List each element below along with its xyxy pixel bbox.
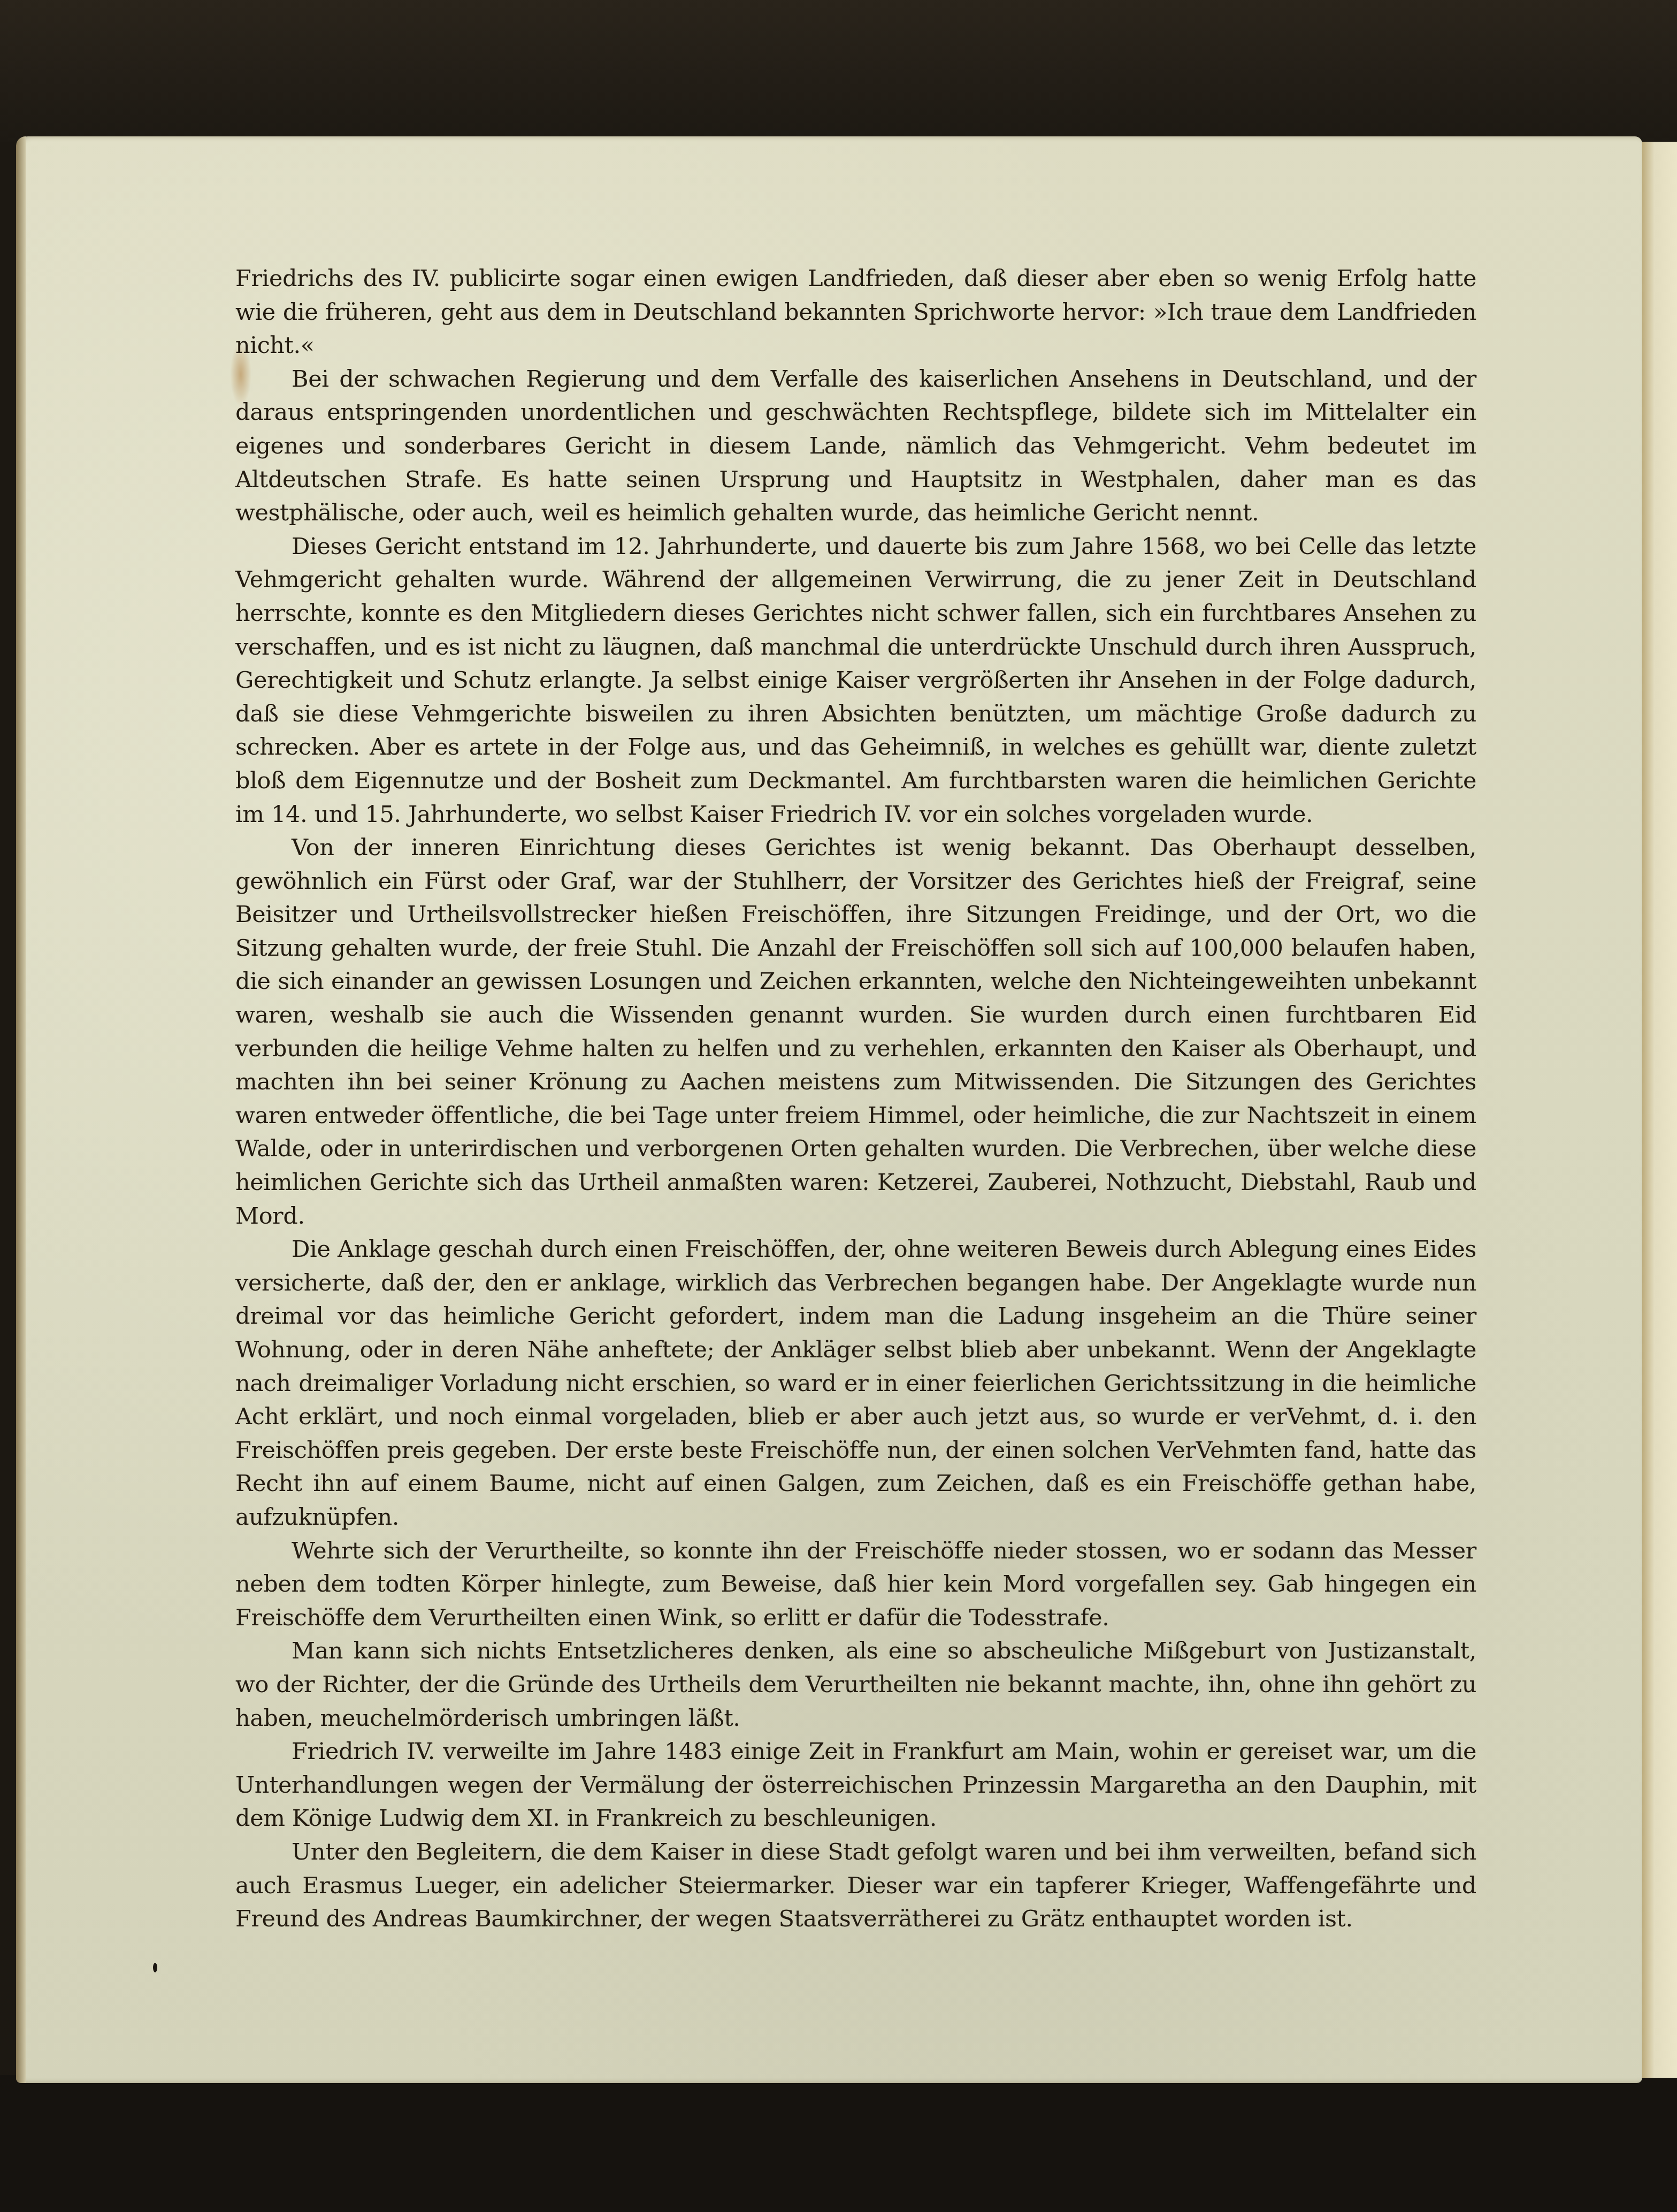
facing-page-edge (1640, 142, 1677, 2078)
paragraph-resistance: Wehrte sich der Verurtheilte, so konnte … (235, 1534, 1476, 1635)
ink-spot (153, 1963, 157, 1972)
paragraph-judgment: Man kann sich nichts Entsetzlicheres den… (235, 1634, 1476, 1735)
scan-background-top (0, 0, 1677, 142)
paragraph-vehmgericht-history: Dieses Gericht entstand im 12. Jahrhunde… (235, 530, 1476, 831)
paragraph-vehmgericht-origin: Bei der schwachen Regierung und dem Verf… (235, 363, 1476, 530)
paragraph-frankfurt: Friedrich IV. verweilte im Jahre 1483 ei… (235, 1735, 1476, 1835)
paragraph-landfrieden: Friedrichs des IV. publicirte sogar eine… (235, 262, 1476, 363)
paragraph-erasmus-lueger: Unter den Begleitern, die dem Kaiser in … (235, 1835, 1476, 1936)
paragraph-vehmgericht-organization: Von der inneren Einrichtung dieses Geric… (235, 831, 1476, 1233)
paragraph-accusation: Die Anklage geschah durch einen Freischö… (235, 1233, 1476, 1534)
scan-background-bottom (0, 2075, 1677, 2212)
page-edge (16, 136, 26, 2083)
body-text: Friedrichs des IV. publicirte sogar eine… (235, 262, 1476, 1936)
